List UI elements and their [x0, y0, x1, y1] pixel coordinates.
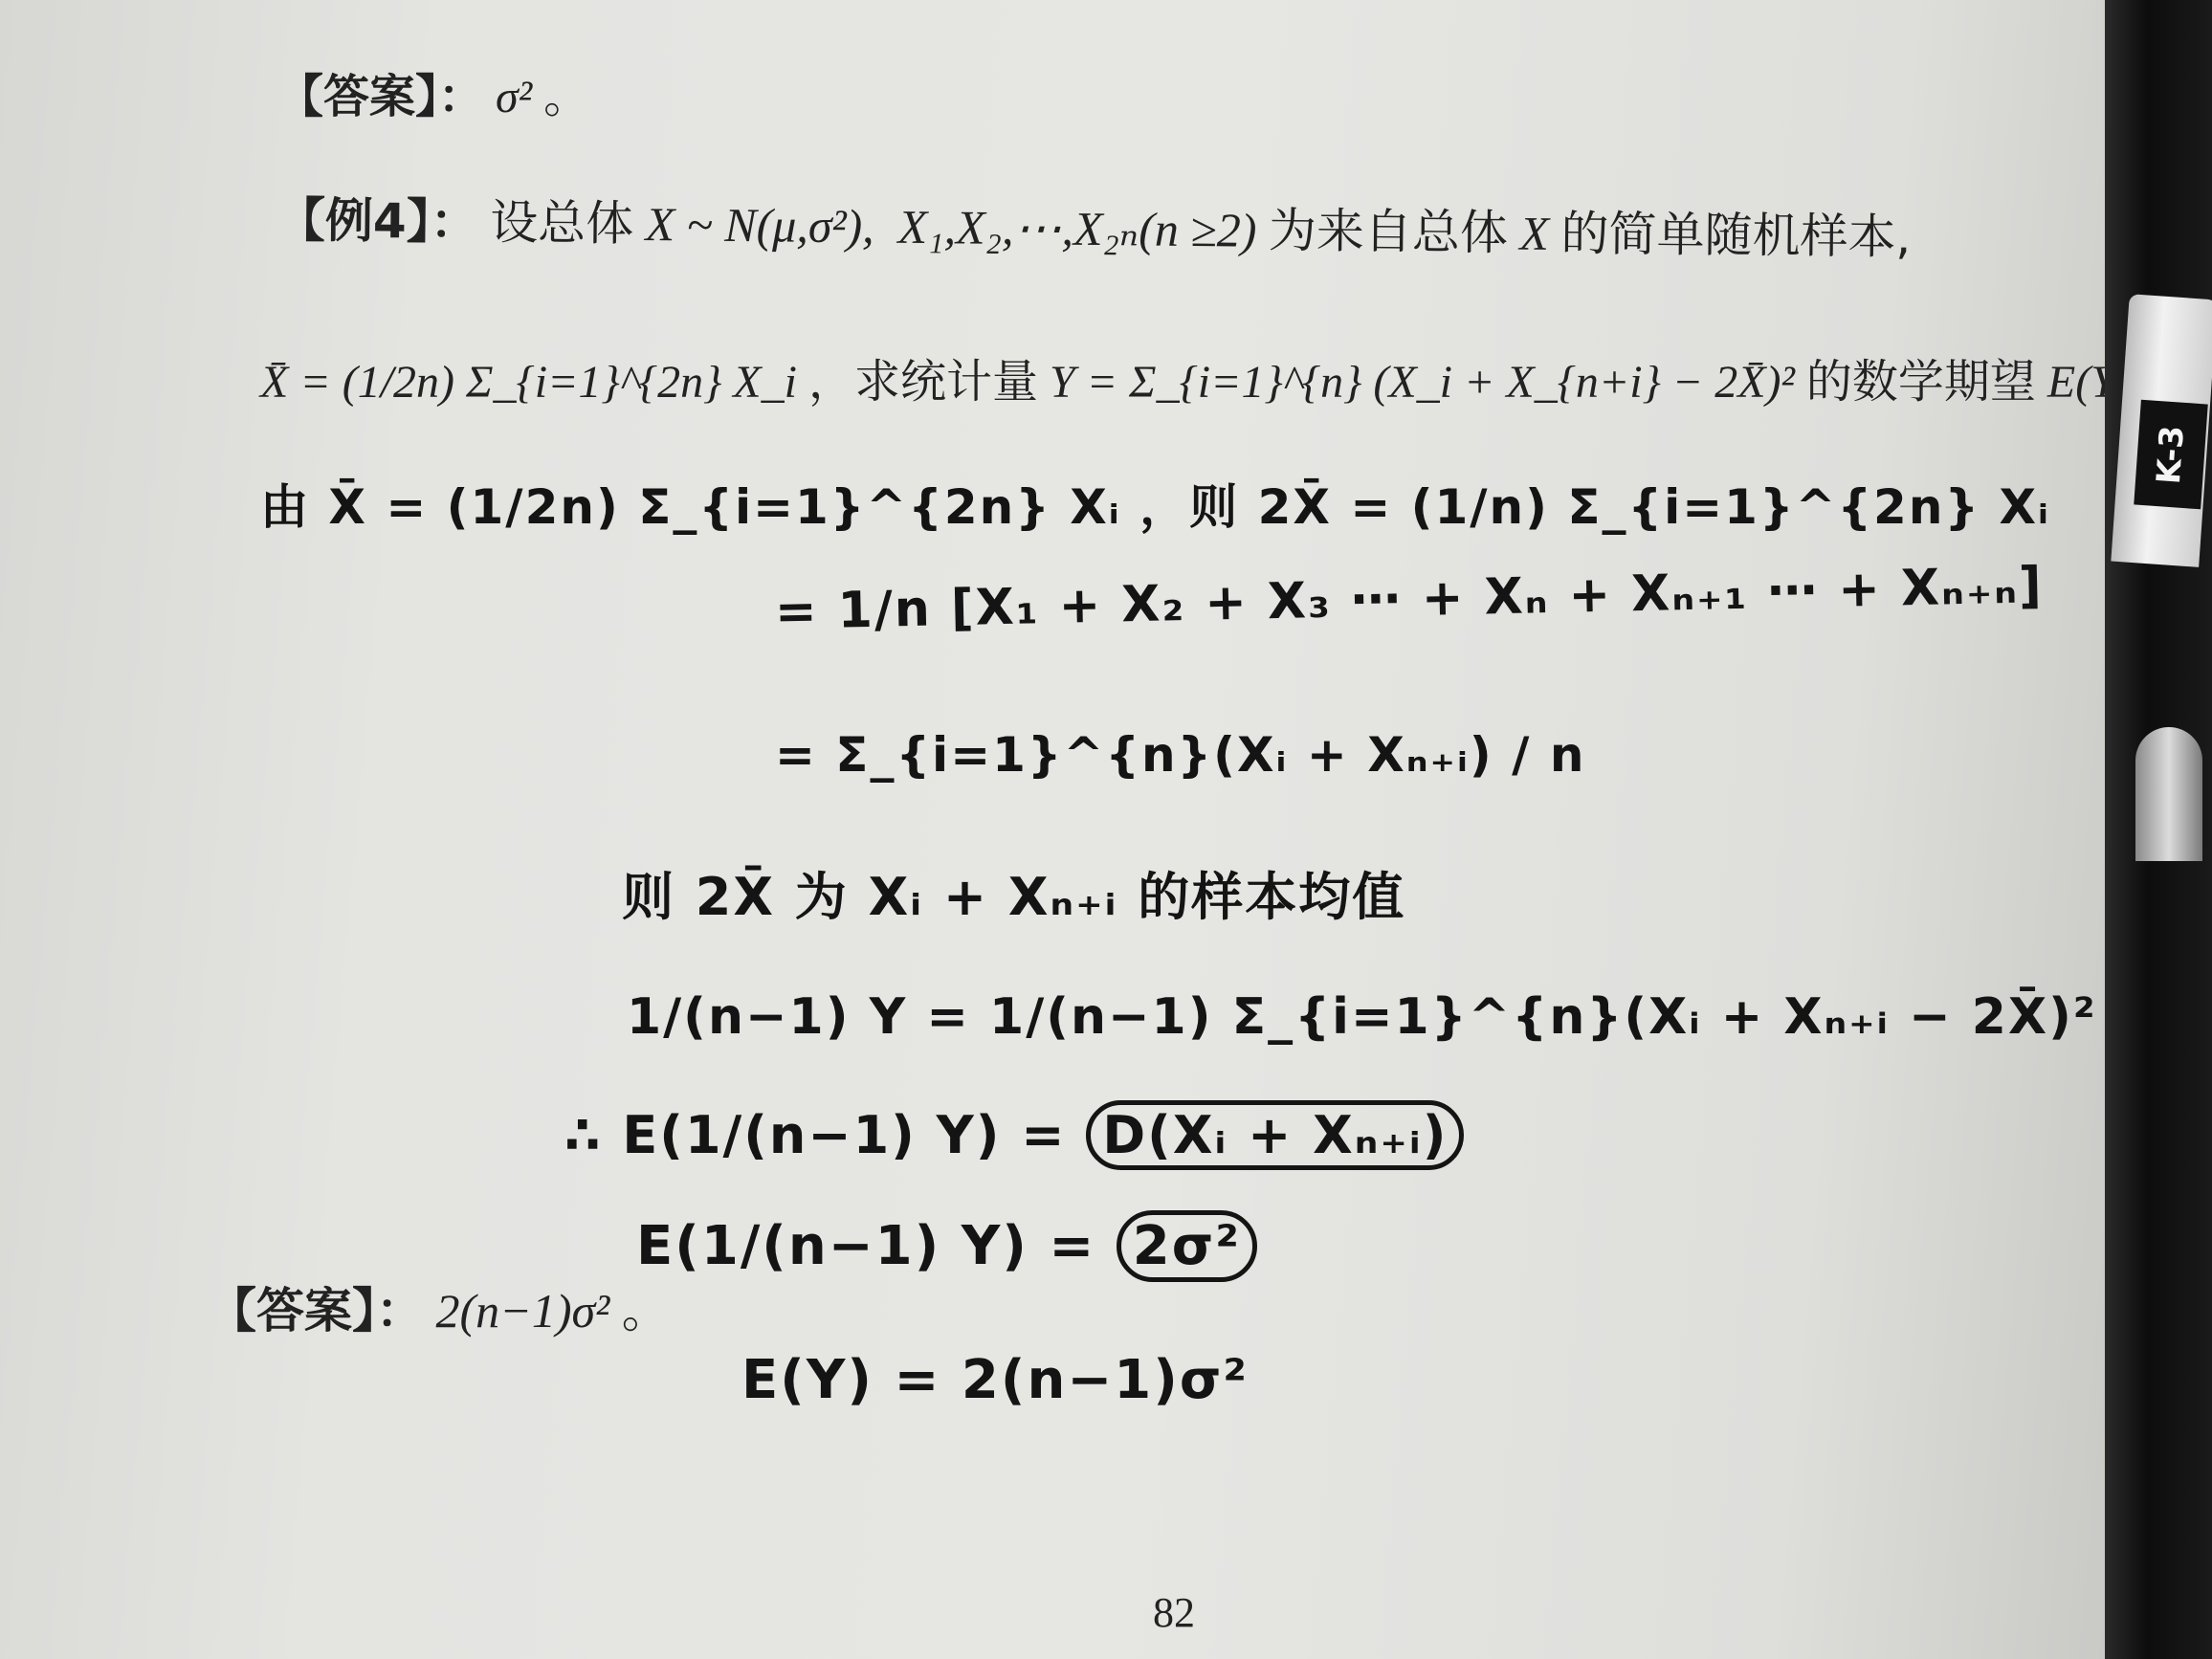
textbook-page: 【答案】： σ² 。 【例4】： 设总体 X ~ N(μ,σ²), X₁,X₂,…: [0, 0, 2105, 1659]
answer-end: 。: [543, 72, 589, 122]
handwritten-line-5: 1/(n−1) Y = 1/(n−1) Σ_{i=1}^{n}(Xᵢ + Xₙ₊…: [627, 976, 2212, 1048]
circled-result: 2σ²: [1117, 1210, 1257, 1282]
pen-label: K-3: [2134, 400, 2208, 510]
answer-end: 。: [622, 1284, 670, 1338]
answer-label: 【答案】：: [209, 1283, 424, 1338]
example-4-statement: 【例4】： 设总体 X ~ N(μ,σ²), X₁,X₂,⋯,X₂ₙ(n ≥2)…: [277, 182, 1912, 268]
handwritten-line-2: = 1/n [X₁ + X₂ + X₃ ⋯ + Xₙ + Xₙ₊₁ ⋯ + Xₙ…: [774, 557, 2044, 641]
example-label: 【例4】：: [277, 192, 478, 250]
answer-label: 【答案】：: [277, 70, 484, 123]
page-number: 82: [1153, 1588, 1195, 1637]
handwritten-line-6: ∴ E(1/(n−1) Y) = D(Xᵢ + Xₙ₊ᵢ): [564, 1100, 1464, 1170]
sample-list: X₁,X₂,⋯,X₂ₙ(n ≥2): [897, 200, 1256, 257]
line6-lhs: ∴ E(1/(n−1) Y) =: [564, 1105, 1067, 1165]
definition-text-1: ，求统计量: [808, 355, 1038, 409]
sample-mean-formula: X̄ = (1/2n) Σ_{i=1}^{2n} X_i: [260, 357, 797, 408]
population-variable: X: [1519, 207, 1549, 260]
definition-text-2: 的数学期望: [1806, 355, 2036, 409]
handwritten-line-7: E(1/(n−1) Y) = 2σ²: [636, 1210, 1257, 1282]
statistic-definition: X̄ = (1/2n) Σ_{i=1}^{2n} X_i ，求统计量 Y = Σ…: [260, 344, 2189, 410]
line5-lhs: 1/(n−1) Y: [627, 988, 907, 1046]
previous-answer: 【答案】： σ² 。: [277, 59, 589, 125]
handwritten-line-4: 则 2X̄ 为 Xᵢ + Xₙ₊ᵢ 的样本均值: [622, 856, 1405, 930]
handwritten-line-1: 由 X̄ = (1/2n) Σ_{i=1}^{2n} Xᵢ ，则 2X̄ = (…: [260, 469, 2050, 538]
statistic-y-formula: Y = Σ_{i=1}^{n} (X_i + X_{n+i} − 2X̄)²: [1050, 357, 1795, 408]
answer-value: 2(n−1)σ²: [436, 1284, 610, 1338]
pen: K-3: [2105, 0, 2212, 1659]
answer-value: σ²: [496, 72, 532, 122]
line7-lhs: E(1/(n−1) Y) =: [636, 1215, 1095, 1277]
example-text-1: 设总体: [490, 194, 634, 252]
handwritten-final-result: E(Y) = 2(n−1)σ²: [741, 1349, 1249, 1411]
line5-rhs: = 1/(n−1) Σ_{i=1}^{n}(Xᵢ + Xₙ₊ᵢ − 2X̄)²: [926, 988, 2096, 1046]
example-answer: 【答案】： 2(n−1)σ² 。: [209, 1272, 670, 1341]
circled-variance-expression: D(Xᵢ + Xₙ₊ᵢ): [1086, 1100, 1464, 1170]
example-text-3: 的简单随机样本,: [1560, 206, 1911, 265]
handwritten-line-3: = Σ_{i=1}^{n}(Xᵢ + Xₙ₊ᵢ) / n: [775, 727, 1585, 783]
pen-grip: [2135, 727, 2202, 861]
distribution: X ~ N(μ,σ²),: [645, 197, 874, 253]
example-text-2: 为来自总体: [1269, 203, 1509, 261]
